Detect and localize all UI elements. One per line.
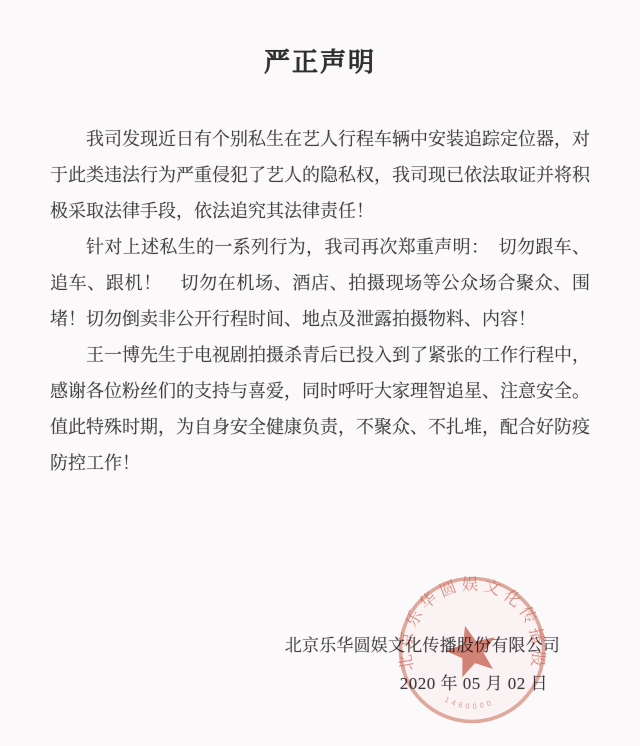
paragraph-tracking-devices: 我司发现近日有个别私生在艺人行程车辆中安装追踪定位器，对于此类违法行为严重侵犯了… [50, 121, 590, 229]
company-name: 北京乐华圆娱文化传播股份有限公司 [0, 627, 640, 665]
paragraph-warnings: 针对上述私生的一系列行为，我司再次郑重声明： 切勿跟车、追车、跟机！ 切勿在机场… [50, 229, 590, 337]
signature-date: 2020 年 05 月 02 日 [0, 665, 640, 703]
document-title: 严正声明 [0, 0, 640, 84]
paragraph-fan-appeal: 王一博先生于电视剧拍摄杀青后已投入到了紧张的工作行程中，感谢各位粉丝们的支持与喜… [50, 337, 590, 481]
document-body: 我司发现近日有个别私生在艺人行程车辆中安装追踪定位器，对于此类违法行为严重侵犯了… [0, 121, 640, 481]
statement-document: 严正声明 我司发现近日有个别私生在艺人行程车辆中安装追踪定位器，对于此类违法行为… [0, 0, 640, 746]
signature-block: 北京乐华圆娱文化传播股份有限公司 2020 年 05 月 02 日 [0, 627, 640, 703]
